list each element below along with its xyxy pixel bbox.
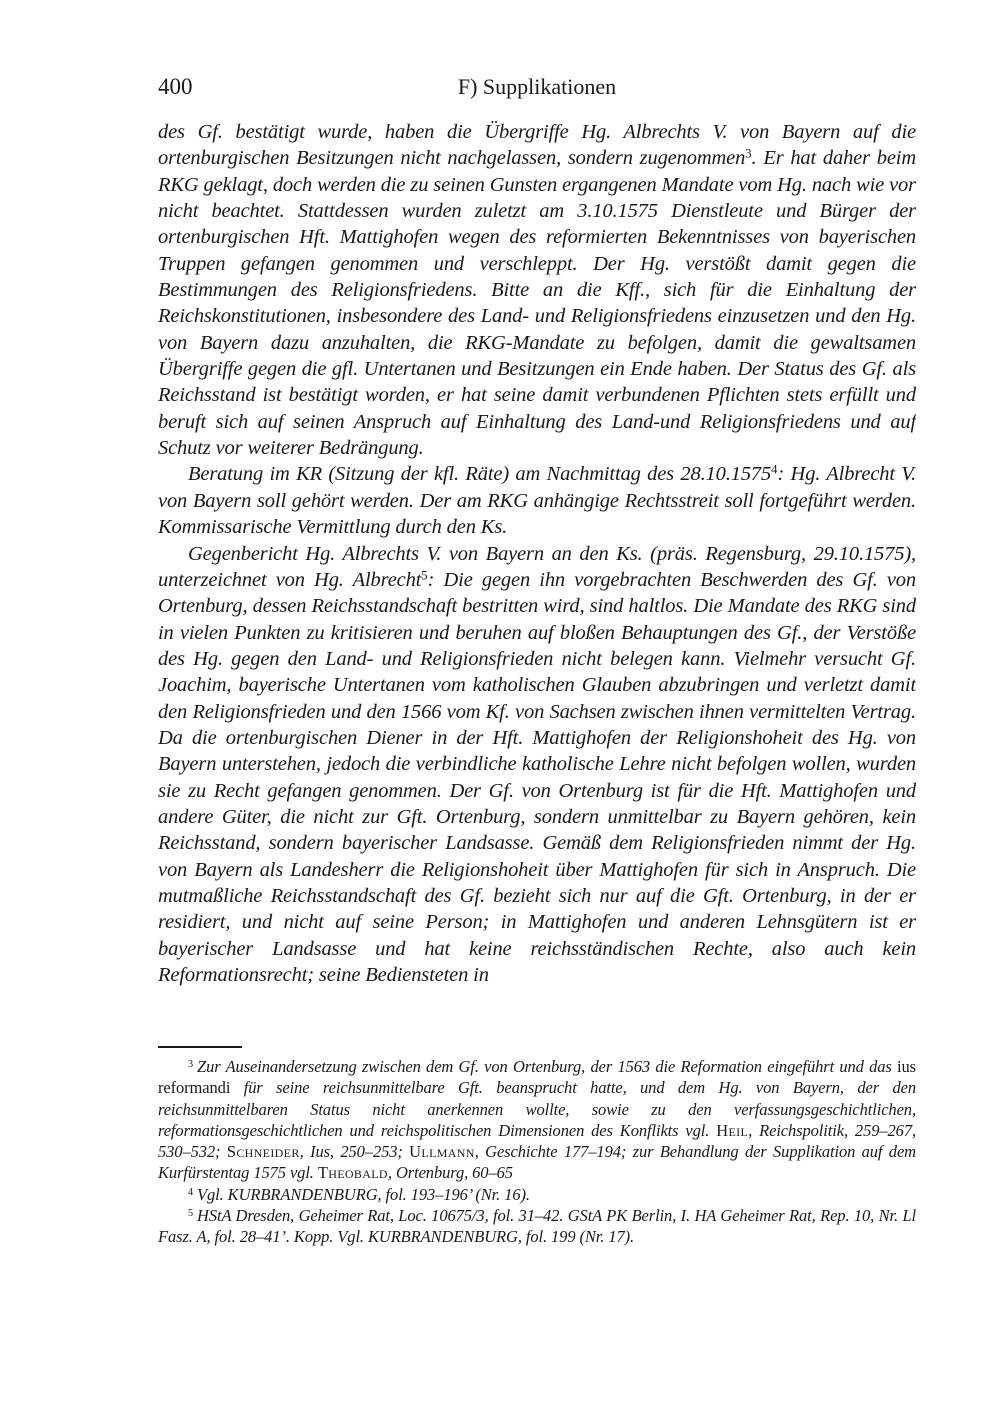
text-segment: : Die gegen ihn vorgebrachten Beschwerde… <box>158 569 916 986</box>
footnote: 4Vgl. KURBRANDENBURG, fol. 193–196’ (Nr.… <box>158 1184 916 1205</box>
running-head: F) Supplikationen <box>158 74 916 100</box>
text-segment: Heil <box>716 1121 748 1140</box>
text-segment: . Er hat daher beim RKG geklagt, doch we… <box>158 147 916 459</box>
text-segment: Vgl. KURBRANDENBURG, fol. 193–196’ (Nr. … <box>197 1185 530 1204</box>
paragraph: Beratung im KR (Sitzung der kfl. Räte) a… <box>158 461 916 540</box>
book-page: 400 F) Supplikationen des Gf. bestätigt … <box>0 0 1004 1418</box>
text-segment: Schneider <box>227 1142 300 1161</box>
footnote: 5HStA Dresden, Geheimer Rat, Loc. 10675/… <box>158 1205 916 1248</box>
footnote-list: 3Zur Auseinandersetzung zwischen dem Gf.… <box>158 1056 916 1248</box>
text-segment: , Ius, 250–253; <box>300 1142 410 1161</box>
page-header: 400 F) Supplikationen <box>158 74 916 104</box>
footnote-marker: 5 <box>188 1208 193 1219</box>
footnote-marker: 4 <box>188 1187 193 1198</box>
text-segment: Beratung im KR (Sitzung der kfl. Räte) a… <box>188 463 771 485</box>
text-segment: HStA Dresden, Geheimer Rat, Loc. 10675/3… <box>158 1206 916 1246</box>
page-number: 400 <box>158 74 193 100</box>
footnote-marker: 3 <box>188 1059 193 1070</box>
footnote-separator-rule <box>158 1046 242 1048</box>
text-segment: , Ortenburg, 60–65 <box>388 1163 513 1182</box>
text-segment: Zur Auseinandersetzung zwischen dem Gf. … <box>197 1057 897 1076</box>
body-text: des Gf. bestätigt wurde, haben die Überg… <box>158 119 916 1053</box>
footnote: 3Zur Auseinandersetzung zwischen dem Gf.… <box>158 1056 916 1184</box>
paragraph: Gegenbericht Hg. Albrechts V. von Bayern… <box>158 541 916 989</box>
text-segment: Ullmann <box>409 1142 475 1161</box>
footnotes-section: 3Zur Auseinandersetzung zwischen dem Gf.… <box>158 1046 916 1248</box>
paragraph: des Gf. bestätigt wurde, haben die Überg… <box>158 119 916 461</box>
text-segment: Theobald <box>318 1163 388 1182</box>
